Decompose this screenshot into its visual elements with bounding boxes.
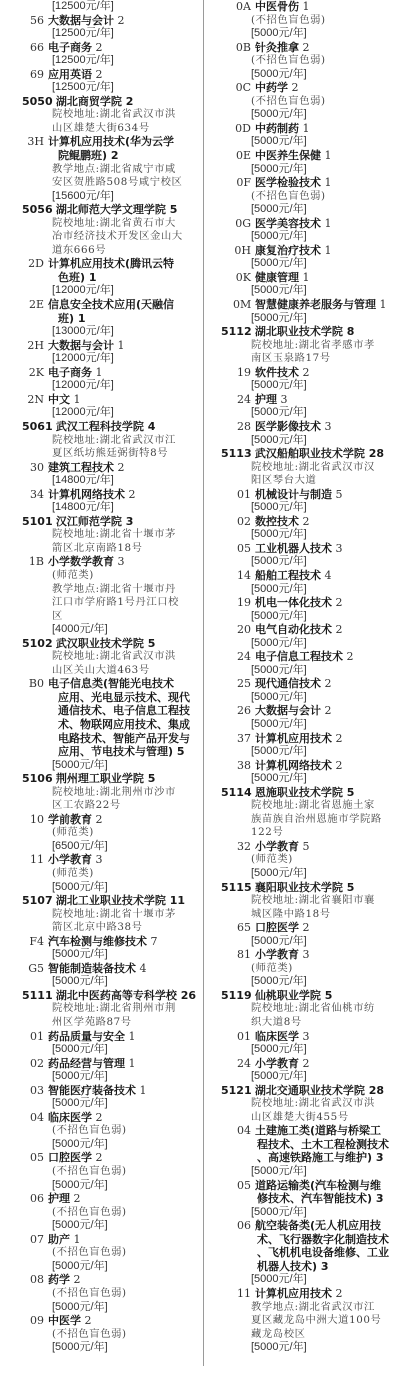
tuition-fee: [6500元/年] (0, 840, 200, 854)
major-name: 护理 (255, 393, 277, 406)
major-quota: 5 (303, 840, 310, 853)
tuition-fee: [5000元/年] (207, 203, 393, 217)
major-name: 大数据与会计 (48, 339, 114, 352)
major-note: (不招色盲色弱) (207, 190, 393, 204)
major-quota: 1 (325, 217, 332, 230)
school-address: 山区雄楚大街455号 (207, 1111, 393, 1125)
major-code: 06 (26, 1192, 44, 1206)
major-quota: 1 (303, 0, 310, 13)
major-item: 19机电一体化技术 2 (207, 596, 393, 610)
school-address: 箭区北京中路38号 (0, 921, 200, 935)
major-quota: 1 (74, 393, 81, 406)
tuition-fee: [5000元/年] (207, 1165, 393, 1179)
major-item: 81小学教育 3 (207, 948, 393, 962)
major-name: 临床医学 (48, 1111, 92, 1124)
major-code: 04 (26, 1111, 44, 1125)
major-item: B0电子信息类(智能光电技术 (0, 677, 200, 691)
major-item: G5智能制造装备技术 4 (0, 962, 200, 976)
major-note: 教学地点:湖北省武汉市江 (207, 1301, 393, 1315)
major-quota: 2 (96, 813, 103, 826)
major-code: 24 (233, 393, 251, 407)
major-code: 05 (233, 542, 251, 556)
major-name: 小学教育 (255, 1057, 299, 1070)
school-header: 5061 武汉工程科技学院 4 (0, 420, 200, 434)
major-name-continued: 班) 1 (0, 312, 200, 326)
school-quota: 5 (325, 989, 333, 1002)
major-item: 0D中药制药 1 (207, 122, 393, 136)
major-name: 健康管理 (255, 271, 299, 284)
tuition-fee: [5000元/年] (207, 108, 393, 122)
major-item: 20电气自动化技术 2 (207, 623, 393, 637)
tuition-fee: [5000元/年] (207, 610, 393, 624)
major-note: (师范类) (207, 962, 393, 976)
school-name: 湖北交通职业技术学院 (255, 1084, 365, 1097)
major-item: 06航空装备类(无人机应用技 (207, 1219, 393, 1233)
major-note: (不招色盲色弱) (207, 95, 393, 109)
major-item: 11小学教育 3 (0, 853, 200, 867)
major-name-continued: 应用、光电显示技术、现代 (0, 691, 200, 705)
tuition-fee: [5000元/年] (207, 718, 393, 732)
major-quota: 2 (96, 68, 103, 81)
school-header: 5121 湖北交通职业技术学院 28 (207, 1084, 393, 1098)
major-item: 69应用英语 2 (0, 68, 200, 82)
major-code: 05 (26, 1151, 44, 1165)
school-address: 山区雄楚大街634号 (0, 122, 200, 136)
major-code: 2H (26, 339, 44, 353)
major-code: 08 (26, 1273, 44, 1287)
tuition-fee: [5000元/年] (207, 68, 393, 82)
major-quota: 2 (303, 366, 310, 379)
school-address: 南区玉泉路17号 (207, 352, 393, 366)
major-quota: 2 (292, 81, 299, 94)
major-name-continued: 术、飞行器数字化制造技术 (207, 1233, 393, 1247)
school-address: 箭区北京南路18号 (0, 542, 200, 556)
school-quota: 3 (126, 515, 134, 528)
major-quota: 1 (380, 298, 387, 311)
major-quota: 4 (325, 569, 332, 582)
school-address: 阳区琴台大道 (207, 474, 393, 488)
major-code: 81 (233, 948, 251, 962)
major-code: 0D (233, 122, 251, 136)
major-name: 药品质量与安全 (48, 1030, 125, 1043)
major-note: (不招色盲色弱) (0, 1165, 200, 1179)
tuition-fee: [5000元/年] (0, 1219, 200, 1233)
school-quota: 5 (347, 881, 355, 894)
school-address: 院校地址:湖北省武汉市汉 (207, 461, 393, 475)
school-code: 5102 (22, 637, 52, 651)
school-name: 湖北商贸学院 (56, 95, 122, 108)
major-quota: 2 (129, 488, 136, 501)
major-name: 小学教育 (255, 840, 299, 853)
tuition-fee: [5000元/年] (207, 1273, 393, 1287)
school-address: 院校地址:湖北荆州市沙市 (0, 786, 200, 800)
school-name: 武汉船舶职业技术学院 (255, 447, 365, 460)
major-quota: 1 (303, 271, 310, 284)
tuition-fee: [5000元/年] (0, 1301, 200, 1315)
major-code: B0 (26, 677, 44, 691)
major-code: 26 (233, 704, 251, 718)
major-quota: 1 (118, 339, 125, 352)
column-divider (203, 0, 204, 1366)
major-code: 3H (26, 135, 44, 149)
school-quota: 2 (126, 95, 134, 108)
major-item: 0H康复治疗技术 1 (207, 244, 393, 258)
major-item: 02数控技术 2 (207, 515, 393, 529)
major-name-continued: 应用、节电技术与管理) 5 (0, 745, 200, 759)
school-address: 院校地址:湖北省恩施土家 (207, 799, 393, 813)
school-quota: 5 (148, 772, 156, 785)
major-code: 01 (233, 1030, 251, 1044)
tuition-fee: [5000元/年] (0, 1070, 200, 1084)
school-code: 5113 (221, 447, 251, 461)
major-quota: 1 (74, 1233, 81, 1246)
school-header: 5114 恩施职业技术学院 5 (207, 786, 393, 800)
school-code: 5101 (22, 515, 52, 529)
major-name: 机械设计与制造 (255, 488, 332, 501)
school-address: 院校地址:湖北省孝感市孝 (207, 339, 393, 353)
major-name: 船舶工程技术 (255, 569, 321, 582)
major-code: 14 (233, 569, 251, 583)
school-header: 5056 湖北师范大学文理学院 5 (0, 203, 200, 217)
school-code: 5107 (22, 894, 52, 908)
major-item: 65口腔医学 2 (207, 921, 393, 935)
major-quota: 2 (96, 1151, 103, 1164)
major-code: 01 (26, 1030, 44, 1044)
major-code: 20 (233, 623, 251, 637)
tuition-fee: [5000元/年] (207, 664, 393, 678)
major-name: 建筑工程技术 (48, 461, 114, 474)
major-item: 09中医学 2 (0, 1314, 200, 1328)
major-name: 中医骨伤 (255, 0, 299, 13)
major-quota: 4 (140, 962, 147, 975)
school-code: 5050 (22, 95, 52, 109)
school-code: 5056 (22, 203, 52, 217)
major-code: 02 (233, 515, 251, 529)
school-name: 荆州理工职业学院 (56, 772, 144, 785)
major-item: 34计算机网络技术 2 (0, 488, 200, 502)
major-name: 小学数学教育 (48, 555, 114, 568)
major-quota: 1 (129, 1030, 136, 1043)
major-item: 05口腔医学 2 (0, 1151, 200, 1165)
school-address: 夏区纸坊熊廷弼街特8号 (0, 447, 200, 461)
major-name: 计算机应用技术(腾讯云特 (48, 257, 174, 270)
tuition-fee: [13000元/年] (0, 325, 200, 339)
major-item: 01药品质量与安全 1 (0, 1030, 200, 1044)
tuition-fee: [5000元/年] (0, 1043, 200, 1057)
major-name-continued: 、飞机机电设备维修、工业 (207, 1246, 393, 1260)
major-code: 0F (233, 176, 251, 190)
major-name: 中药学 (255, 81, 288, 94)
major-name: 软件技术 (255, 366, 299, 379)
school-header: 5119 仙桃职业学院 5 (207, 989, 393, 1003)
major-code: 03 (26, 1084, 44, 1098)
major-code: G5 (26, 962, 44, 976)
major-code: 19 (233, 366, 251, 380)
major-note: 藏龙岛校区 (207, 1328, 393, 1342)
left-column: [12500元/年]56大数据与会计 2[12500元/年]66电子商务 2[1… (0, 0, 200, 1355)
major-name: 智能制造装备技术 (48, 962, 136, 975)
school-address: 院校地址:湖北省襄阳市襄 (207, 894, 393, 908)
major-note: (师范类) (207, 853, 393, 867)
school-header: 5111 湖北中医药高等专科学校 26 (0, 989, 200, 1003)
school-name: 武汉职业技术学院 (56, 637, 144, 650)
tuition-fee: [5000元/年] (207, 406, 393, 420)
major-note: 区 (0, 610, 200, 624)
tuition-fee: [5000元/年] (207, 772, 393, 786)
major-quota: 2 (85, 1314, 92, 1327)
major-item: 01临床医学 3 (207, 1030, 393, 1044)
major-item: 1B小学数学教育 3 (0, 555, 200, 569)
major-code: 30 (26, 461, 44, 475)
major-name: 现代通信技术 (255, 677, 321, 690)
major-quota: 3 (336, 542, 343, 555)
major-name: 智能医疗装备技术 (48, 1084, 136, 1097)
school-address: 城区隆中路18号 (207, 908, 393, 922)
school-header: 5102 武汉职业技术学院 5 (0, 637, 200, 651)
major-name: 汽车检测与维修技术 (48, 935, 147, 948)
tuition-fee: [5000元/年] (207, 691, 393, 705)
major-note: (不招色盲色弱) (0, 1328, 200, 1342)
major-item: 11计算机应用技术 2 (207, 1287, 393, 1301)
major-item: 0K健康管理 1 (207, 271, 393, 285)
major-note: (不招色盲色弱) (0, 1124, 200, 1138)
major-quota: 2 (336, 732, 343, 745)
major-name-continued: 术、物联网应用技术、集成 (0, 718, 200, 732)
major-quota: 2 (96, 41, 103, 54)
major-quota: 1 (96, 366, 103, 379)
major-item: 04临床医学 2 (0, 1111, 200, 1125)
school-address: 院校地址:湖北省武汉市洪 (0, 108, 200, 122)
major-code: 11 (233, 1287, 251, 1301)
major-quota: 2 (303, 515, 310, 528)
major-quota: 2 (347, 650, 354, 663)
school-address: 院校地址:湖北省武汉市江 (0, 434, 200, 448)
tuition-fee: [5000元/年] (207, 27, 393, 41)
school-code: 5114 (221, 786, 251, 800)
major-quota: 3 (303, 1030, 310, 1043)
tuition-fee: [14800元/年] (0, 501, 200, 515)
school-address: 院校地址:湖北省武汉市洪 (0, 650, 200, 664)
major-item: 19软件技术 2 (207, 366, 393, 380)
major-name: 康复治疗技术 (255, 244, 321, 257)
major-code: 28 (233, 420, 251, 434)
major-quota: 2 (336, 1287, 343, 1300)
major-name: 航空装备类(无人机应用技 (255, 1219, 381, 1232)
major-code: 0H (233, 244, 251, 258)
school-quota: 28 (369, 447, 384, 460)
major-code: 02 (26, 1057, 44, 1071)
major-name: 药品经营与管理 (48, 1057, 125, 1070)
major-quota: 2 (303, 41, 310, 54)
tuition-fee: [5000元/年] (207, 501, 393, 515)
tuition-fee: [12500元/年] (0, 0, 200, 14)
school-code: 5106 (22, 772, 52, 786)
major-code: 04 (233, 1124, 251, 1138)
major-name: 助产 (48, 1233, 70, 1246)
major-item: 3H计算机应用技术(华为云学 (0, 135, 200, 149)
major-item: 2E信息安全技术应用(天融信 (0, 298, 200, 312)
school-quota: 28 (369, 1084, 384, 1097)
major-note: 安区贺胜路508号咸宁校区 (0, 176, 200, 190)
major-note: 教学地点:湖北省咸宁市咸 (0, 163, 200, 177)
school-quota: 5 (347, 786, 355, 799)
major-name: 土建施工类(道路与桥梁工 (255, 1124, 381, 1137)
tuition-fee: [12500元/年] (0, 27, 200, 41)
school-code: 5061 (22, 420, 52, 434)
major-item: 10学前教育 2 (0, 813, 200, 827)
tuition-fee: [5000元/年] (0, 1138, 200, 1152)
major-item: 56大数据与会计 2 (0, 14, 200, 28)
major-name-continued: 修技术、汽车智能技术) 3 (207, 1192, 393, 1206)
school-name: 汉江师范学院 (56, 515, 122, 528)
major-quota: 2 (336, 759, 343, 772)
major-name: 智慧健康养老服务与管理 (255, 298, 376, 311)
major-name: 电子商务 (48, 41, 92, 54)
major-name: 电子信息类(智能光电技术 (48, 677, 174, 690)
tuition-fee: [5000元/年] (0, 1341, 200, 1355)
major-code: 11 (26, 853, 44, 867)
major-name-continued: 、高速铁路施工与维护) 3 (207, 1151, 393, 1165)
school-name: 襄阳职业技术学院 (255, 881, 343, 894)
major-name-continued: 色班) 1 (0, 271, 200, 285)
major-code: 0C (233, 81, 251, 95)
major-name: 计算机应用技术(华为云学 (48, 135, 174, 148)
major-quota: 3 (281, 393, 288, 406)
major-item: 0B针灸推拿 2 (207, 41, 393, 55)
major-name: 针灸推拿 (255, 41, 299, 54)
tuition-fee: [12000元/年] (0, 284, 200, 298)
major-item: 08药学 2 (0, 1273, 200, 1287)
tuition-fee: [5000元/年] (207, 379, 393, 393)
tuition-fee: [5000元/年] (0, 948, 200, 962)
school-address: 冶市经济技术开发区金山大 (0, 230, 200, 244)
school-name: 湖北师范大学文理学院 (56, 203, 166, 216)
major-code: 0E (233, 149, 251, 163)
major-name: 学前教育 (48, 813, 92, 826)
major-name: 应用英语 (48, 68, 92, 81)
school-code: 5112 (221, 325, 251, 339)
school-address: 院校地址:湖北省仙桃市纺 (207, 1002, 393, 1016)
major-code: 1B (26, 555, 44, 569)
major-quota: 2 (96, 1111, 103, 1124)
major-item: 06护理 2 (0, 1192, 200, 1206)
major-code: 2E (26, 298, 44, 312)
major-item: 04土建施工类(道路与桥梁工 (207, 1124, 393, 1138)
major-item: 0M智慧健康养老服务与管理 1 (207, 298, 393, 312)
major-name-continued: 通信技术、电子信息工程技 (0, 704, 200, 718)
major-code: 32 (233, 840, 251, 854)
major-code: 24 (233, 1057, 251, 1071)
major-item: 30建筑工程技术 2 (0, 461, 200, 475)
major-code: 10 (26, 813, 44, 827)
major-item: 2D计算机应用技术(腾讯云特 (0, 257, 200, 271)
major-item: 24小学教育 2 (207, 1057, 393, 1071)
major-code: 2N (26, 393, 44, 407)
major-item: 32小学教育 5 (207, 840, 393, 854)
major-name: 大数据与会计 (48, 14, 114, 27)
major-name: 中文 (48, 393, 70, 406)
major-item: 26大数据与会计 2 (207, 704, 393, 718)
major-code: 2D (26, 257, 44, 271)
major-item: 37计算机应用技术 2 (207, 732, 393, 746)
major-item: 24电子信息工程技术 2 (207, 650, 393, 664)
major-note: 江口市学府路1号丹江口校 (0, 596, 200, 610)
major-quota: 2 (336, 623, 343, 636)
school-quota: 5 (170, 203, 178, 216)
major-name: 数控技术 (255, 515, 299, 528)
major-code: 66 (26, 41, 44, 55)
tuition-fee: [5000元/年] (207, 135, 393, 149)
major-quota: 5 (336, 488, 343, 501)
major-name: 计算机应用技术 (255, 1287, 332, 1300)
school-quota: 8 (347, 325, 355, 338)
major-item: 0E中医养生保健 1 (207, 149, 393, 163)
school-address: 山区关山大道463号 (0, 664, 200, 678)
major-name: 临床医学 (255, 1030, 299, 1043)
major-quota: 2 (118, 14, 125, 27)
major-item: 66电子商务 2 (0, 41, 200, 55)
school-header: 5050 湖北商贸学院 2 (0, 95, 200, 109)
major-name-continued: 电路技术、智能产品开发与 (0, 732, 200, 746)
school-header: 5101 汉江师范学院 3 (0, 515, 200, 529)
major-note: 夏区藏龙岛中洲大道100号 (207, 1314, 393, 1328)
major-code: 05 (233, 1179, 251, 1193)
major-code: 0B (233, 41, 251, 55)
major-name: 信息安全技术应用(天融信 (48, 298, 174, 311)
major-name-continued: 机器人技术) 3 (207, 1260, 393, 1274)
major-quota: 3 (118, 555, 125, 568)
tuition-fee: [5000元/年] (0, 975, 200, 989)
major-item: 02药品经营与管理 1 (0, 1057, 200, 1071)
school-address: 织大道8号 (207, 1016, 393, 1030)
major-item: 0G医学美容技术 1 (207, 217, 393, 231)
major-code: 01 (233, 488, 251, 502)
major-quota: 2 (325, 704, 332, 717)
tuition-fee: [4000元/年] (0, 623, 200, 637)
major-quota: 1 (325, 244, 332, 257)
major-quota: 2 (74, 1192, 81, 1205)
major-quota: 2 (74, 1273, 81, 1286)
tuition-fee: [5000元/年] (207, 583, 393, 597)
major-name: 口腔医学 (48, 1151, 92, 1164)
major-item: 01机械设计与制造 5 (207, 488, 393, 502)
school-name: 恩施职业技术学院 (255, 786, 343, 799)
tuition-fee: [5000元/年] (207, 935, 393, 949)
school-address: 院校地址:湖北省十堰市茅 (0, 908, 200, 922)
school-quota: 5 (148, 637, 156, 650)
major-quota: 2 (303, 921, 310, 934)
major-quota: 1 (129, 1057, 136, 1070)
major-name-continued: 院鲲鹏班) 2 (0, 149, 200, 163)
major-code: 09 (26, 1314, 44, 1328)
tuition-fee: [5000元/年] (0, 1097, 200, 1111)
major-note: (不招色盲色弱) (207, 14, 393, 28)
major-code: 24 (233, 650, 251, 664)
major-name: 计算机网络技术 (255, 759, 332, 772)
major-name: 电子信息工程技术 (255, 650, 343, 663)
school-header: 5107 湖北工业职业技术学院 11 (0, 894, 200, 908)
major-note: 教学地点:湖北省十堰市丹 (0, 583, 200, 597)
school-name: 仙桃职业学院 (255, 989, 321, 1002)
major-name: 机电一体化技术 (255, 596, 332, 609)
major-quota: 2 (118, 461, 125, 474)
tuition-fee: [12500元/年] (0, 54, 200, 68)
school-address: 区工农路22号 (0, 799, 200, 813)
school-address: 院校地址:湖北省荆州市荆 (0, 1002, 200, 1016)
tuition-fee: [5000元/年] (0, 1260, 200, 1274)
major-quota: 2 (325, 677, 332, 690)
major-code: 0G (233, 217, 251, 231)
